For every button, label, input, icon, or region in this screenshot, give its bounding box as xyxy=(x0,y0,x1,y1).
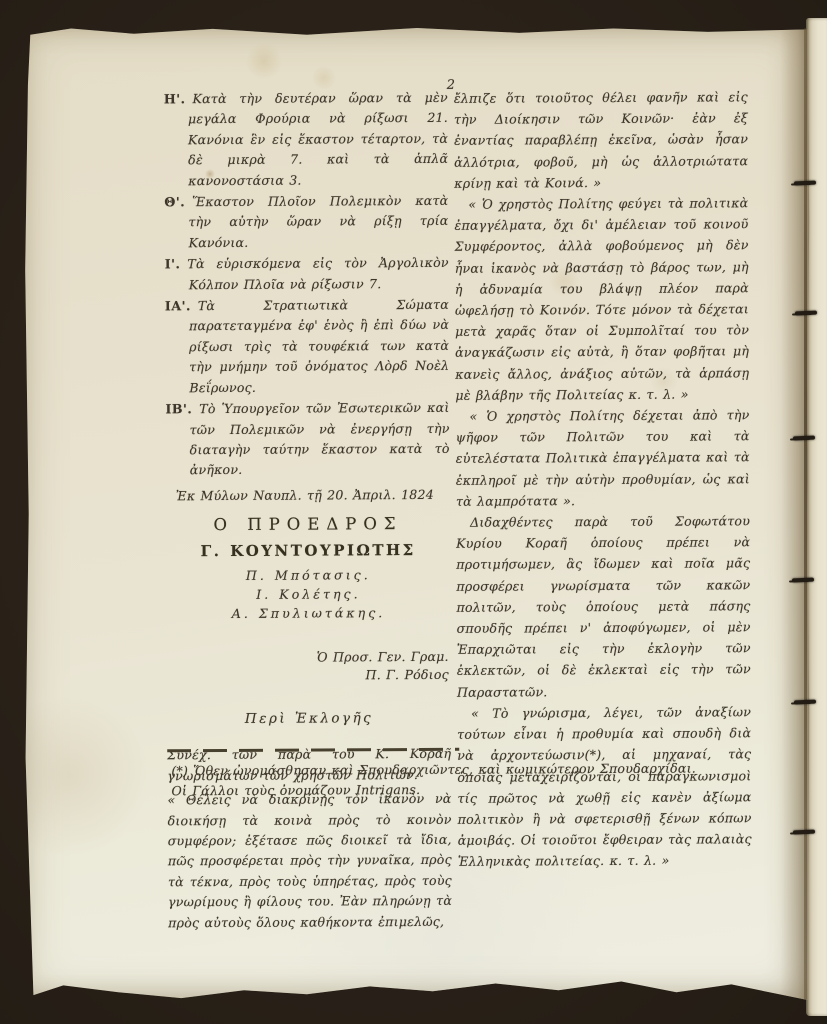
adjacent-page-edge xyxy=(806,18,827,1016)
paragraph: « Ὁ χρηστὸς Πολίτης δέχεται ἀπὸ τὴν ψῆφο… xyxy=(455,404,750,512)
scanned-document-photo: 2 Η'.Κατὰ τὴν δευτέραν ὥραν τὰ μὲν μεγάλ… xyxy=(0,0,827,1024)
paragraph: Διδαχθέντες παρὰ τοῦ Σοφωτάτου Κυρίου Κο… xyxy=(456,510,751,702)
item-label: Η'. xyxy=(164,91,186,106)
signature-block: Π. Μπότασις. Ι. Κολέτης. Α. Σπυλιωτάκης. xyxy=(166,565,450,623)
paragraph: « Ὁ χρηστὸς Πολίτης φεύγει τὰ πολιτικὰ ἐ… xyxy=(454,192,749,406)
binding-seam xyxy=(804,28,807,1000)
item-label: ΙΑ'. xyxy=(165,298,191,313)
right-column: ἔλπιζε ὅτι τοιοῦτος θέλει φανῆν καὶ εἰς … xyxy=(454,86,752,872)
secretary-title: Ὁ Προσ. Γεν. Γραμ. xyxy=(167,648,449,667)
binding-stitch xyxy=(795,311,817,316)
list-item: Ι'.Τὰ εὑρισκόμενα εἰς τὸν Ἀργολικὸν Κόλπ… xyxy=(165,253,449,295)
list-item: Η'.Κατὰ τὴν δευτέραν ὥραν τὰ μὲν μεγάλα … xyxy=(164,88,449,192)
item-label: ΙΒ'. xyxy=(165,401,192,416)
footnote-line: (*) Ὅθεν ὠνομάσθησαν καὶ Σπουδαρχιῶντες,… xyxy=(171,758,771,781)
binding-stitch xyxy=(793,830,815,835)
footnote: (*) Ὅθεν ὠνομάσθησαν καὶ Σπουδαρχιῶντες,… xyxy=(171,758,771,801)
secretary-block: Ὁ Προσ. Γεν. Γραμ. Π. Γ. Ρόδιος xyxy=(167,648,451,685)
dateline: Ἐκ Μύλων Ναυπλ. τῇ 20. Ἀπριλ. 1824 xyxy=(166,485,450,507)
list-item: ΙΒ'.Τὸ Ὑπουργεῖον τῶν Ἐσωτερικῶν καὶ τῶν… xyxy=(165,398,449,481)
item-text: Κατὰ τὴν δευτέραν ὥραν τὰ μὲν μεγάλα Φρο… xyxy=(188,90,448,188)
paragraph: ἔλπιζε ὅτι τοιοῦτος θέλει φανῆν καὶ εἰς … xyxy=(454,86,749,194)
left-column: Η'.Κατὰ τὴν δευτέραν ὥραν τὰ μὲν μεγάλα … xyxy=(164,88,452,933)
binding-stitch xyxy=(792,578,814,583)
binding-stitch xyxy=(794,181,816,186)
item-text: Ἕκαστον Πλοῖον Πολεμικὸν κατὰ τὴν αὐτὴν … xyxy=(188,193,448,250)
secretary-name: Π. Γ. Ρόδιος xyxy=(167,666,449,685)
signature: Α. Σπυλιωτάκης. xyxy=(166,603,450,623)
printed-content: 2 Η'.Κατὰ τὴν δευτέραν ὥραν τὰ μὲν μεγάλ… xyxy=(21,24,812,1004)
item-text: Τὰ εὑρισκόμενα εἰς τὸν Ἀργολικὸν Κόλπον … xyxy=(187,255,448,292)
item-text: Τὰ Στρατιωτικὰ Σώματα παρατεταγμένα ἐφ' … xyxy=(189,297,449,395)
item-label: Ι'. xyxy=(165,256,181,271)
signature: Ι. Κολέτης. xyxy=(166,584,450,604)
section-heading: Περὶ Ἐκλογῆς xyxy=(167,708,451,730)
signature: Π. Μπότασις. xyxy=(166,565,450,585)
binding-stitch xyxy=(793,436,815,441)
item-label: Θ'. xyxy=(164,194,185,209)
binding-stitch xyxy=(794,700,816,705)
footnote-line: Οἱ Γάλλοι τοὺς ὀνομάζουν Intrigans. xyxy=(171,778,771,801)
item-text: Τὸ Ὑπουργεῖον τῶν Ἐσωτερικῶν καὶ τῶν Πολ… xyxy=(190,400,450,478)
list-item: Θ'.Ἕκαστον Πλοῖον Πολεμικὸν κατὰ τὴν αὐτ… xyxy=(164,191,448,254)
paragraph: « Θέλεις νὰ διακρίνῃς τὸν ἱκανὸν νὰ διοι… xyxy=(167,789,452,933)
list-item: ΙΑ'.Τὰ Στρατιωτικὰ Σώματα παρατεταγμένα … xyxy=(165,295,450,399)
document-page: 2 Η'.Κατὰ τὴν δευτέραν ὥραν τὰ μὲν μεγάλ… xyxy=(24,26,810,1002)
president-title: Ο ΠΡΟΕΔΡΟΣ xyxy=(166,514,450,536)
president-name: Γ. ΚΟΥΝΤΟΥΡΙΩΤΗΣ xyxy=(166,539,450,561)
